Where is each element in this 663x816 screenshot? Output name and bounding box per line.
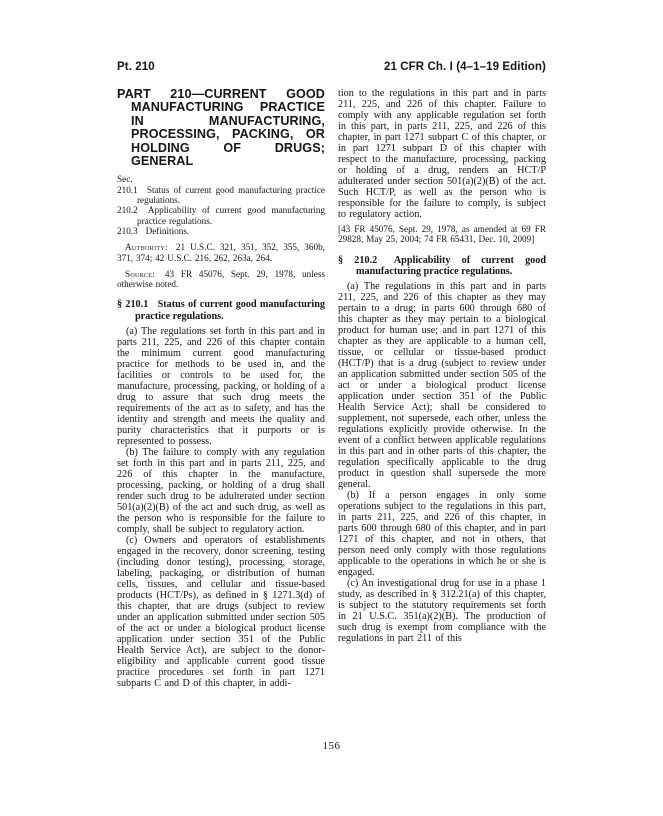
section-title: Applicability of current good manufactur…	[356, 255, 546, 277]
section-number: § 210.1	[117, 299, 148, 310]
paragraph-210-1-a: (a) The regulations set forth in this pa…	[117, 326, 325, 447]
toc-entry-text: Status of current good manufacturing pra…	[137, 185, 325, 205]
toc-entry-number: 210.3	[117, 226, 138, 236]
toc-entry-number: 210.2	[117, 205, 138, 215]
source-note: Source: 43 FR 45076, Sept. 29, 1978, unl…	[117, 269, 325, 290]
section-title: Status of current good manufacturing pra…	[135, 299, 325, 321]
authority-label: Authority:	[125, 242, 168, 252]
toc-entry-210-2: 210.2 Applicability of current good manu…	[117, 205, 325, 226]
section-heading-210-1: § 210.1 Status of current good manufactu…	[117, 299, 325, 321]
toc-entry-text: Applicability of current good manufactur…	[137, 205, 325, 225]
paragraph-210-1-b: (b) The failure to comply with any regul…	[117, 447, 325, 535]
paragraph-210-2-a: (a) The regulations in this part and in …	[338, 281, 546, 490]
toc-entry-210-1: 210.1 Status of current good manufacturi…	[117, 185, 325, 206]
paragraph-210-1-c-continued: tion to the regulations in this part and…	[338, 88, 546, 220]
section-heading-210-2: § 210.2 Applicability of current good ma…	[338, 255, 546, 277]
toc-entry-number: 210.1	[117, 185, 138, 195]
left-column: PART 210—CURRENT GOOD MANUFACTURING PRAC…	[117, 88, 325, 689]
running-head: Pt. 210 21 CFR Ch. I (4–1–19 Edition)	[117, 61, 546, 73]
running-head-right: 21 CFR Ch. I (4–1–19 Edition)	[384, 61, 546, 73]
paragraph-210-2-b: (b) If a person engages in only some ope…	[338, 490, 546, 578]
paragraph-210-2-c: (c) An investigational drug for use in a…	[338, 578, 546, 644]
running-head-left: Pt. 210	[117, 61, 155, 73]
page-body: PART 210—CURRENT GOOD MANUFACTURING PRAC…	[117, 88, 546, 689]
section-number: § 210.2	[338, 255, 377, 266]
amendment-note: [43 FR 45076, Sept. 29, 1978, as amended…	[338, 224, 546, 245]
cfr-document-page: Pt. 210 21 CFR Ch. I (4–1–19 Edition) PA…	[0, 0, 663, 816]
sec-label: Sec.	[117, 174, 325, 184]
right-column: tion to the regulations in this part and…	[338, 88, 546, 689]
toc-entry-210-3: 210.3 Definitions.	[117, 226, 325, 236]
source-label: Source:	[125, 269, 155, 279]
part-title: PART 210—CURRENT GOOD MANUFACTURING PRAC…	[117, 88, 325, 168]
authority-note: Authority: 21 U.S.C. 321, 351, 352, 355,…	[117, 242, 325, 263]
page-number: 156	[117, 740, 546, 752]
paragraph-210-1-c: (c) Owners and operators of establishmen…	[117, 535, 325, 689]
toc-entry-text: Definitions.	[146, 226, 190, 236]
